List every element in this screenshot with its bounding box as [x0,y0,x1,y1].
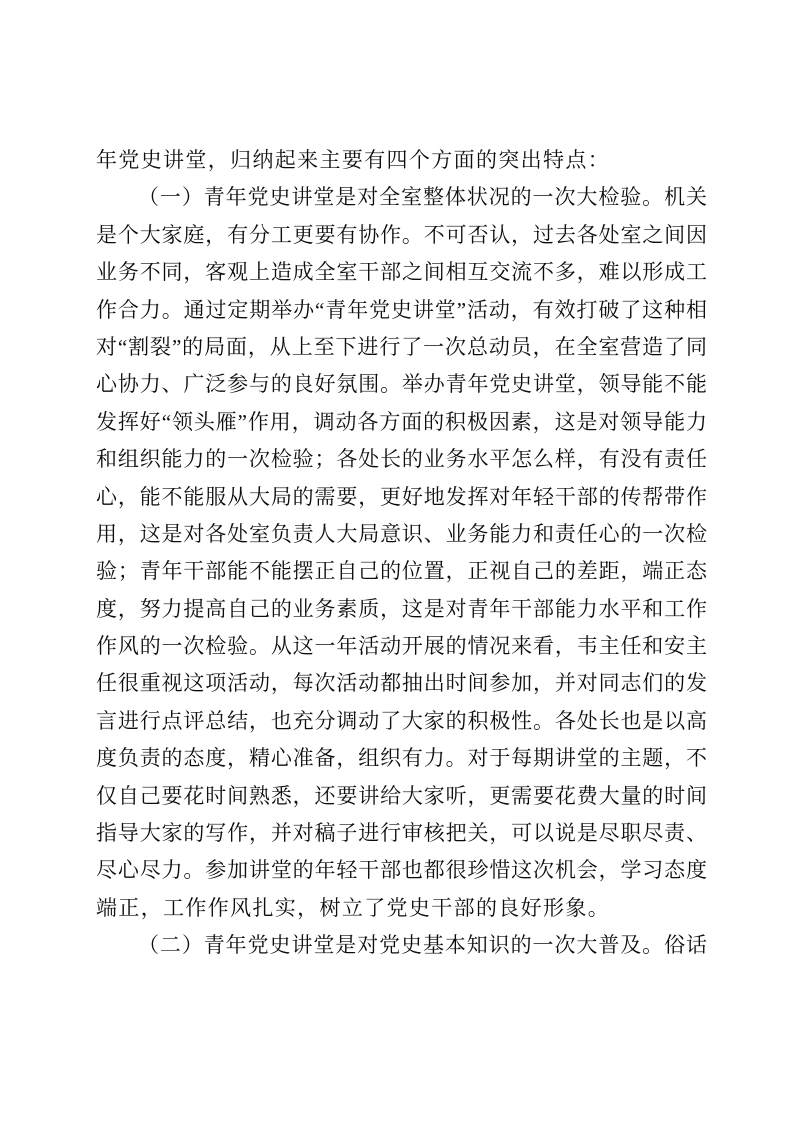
document-text-line: 端正，工作作风扎实，树立了党史干部的良好形象。 [96,890,707,927]
document-text-line: 言进行点评总结，也充分调动了大家的积极性。各处长也是以高 [96,703,707,740]
document-text-line: 作风的一次检验。从这一年活动开展的情况来看，韦主任和安主 [96,628,707,665]
document-text-line: 指导大家的写作，并对稿子进行审核把关，可以说是尽职尽责、 [96,815,707,852]
document-text-line: 度负责的态度，精心准备，组织有力。对于每期讲堂的主题，不 [96,740,707,777]
document-text-line: 仅自己要花时间熟悉，还要讲给大家听，更需要花费大量的时间 [96,778,707,815]
document-text-line: （一）青年党史讲堂是对全室整体状况的一次大检验。机关 [96,179,707,216]
document-text-line: 度，努力提高自己的业务素质，这是对青年干部能力水平和工作 [96,591,707,628]
document-body: 年党史讲堂，归纳起来主要有四个方面的突出特点： （一）青年党史讲堂是对全室整体状… [96,142,707,965]
document-text-line: 和组织能力的一次检验；各处长的业务水平怎么样，有没有责任 [96,441,707,478]
document-text-line: 对“割裂”的局面，从上至下进行了一次总动员，在全室营造了同 [96,329,707,366]
document-text-line: 年党史讲堂，归纳起来主要有四个方面的突出特点： [96,142,707,179]
document-text-line: （二）青年党史讲堂是对党史基本知识的一次大普及。俗话 [96,927,707,964]
document-text-line: 验；青年干部能不能摆正自己的位置，正视自己的差距，端正态 [96,553,707,590]
document-text-line: 作合力。通过定期举办“青年党史讲堂”活动，有效打破了这种相 [96,292,707,329]
document-text-line: 心协力、广泛参与的良好氛围。举办青年党史讲堂，领导能不能 [96,366,707,403]
document-text-line: 是个大家庭，有分工更要有协作。不可否认，过去各处室之间因 [96,217,707,254]
document-text-line: 尽心尽力。参加讲堂的年轻干部也都很珍惜这次机会，学习态度 [96,852,707,889]
document-text-line: 发挥好“领头雁”作用，调动各方面的积极因素，这是对领导能力 [96,404,707,441]
document-text-line: 业务不同，客观上造成全室干部之间相互交流不多，难以形成工 [96,254,707,291]
document-text-line: 用，这是对各处室负责人大局意识、业务能力和责任心的一次检 [96,516,707,553]
document-text-line: 心，能不能服从大局的需要，更好地发挥对年轻干部的传帮带作 [96,479,707,516]
document-text-line: 任很重视这项活动，每次活动都抽出时间参加，并对同志们的发 [96,665,707,702]
document-page: 年党史讲堂，归纳起来主要有四个方面的突出特点： （一）青年党史讲堂是对全室整体状… [0,0,793,1122]
